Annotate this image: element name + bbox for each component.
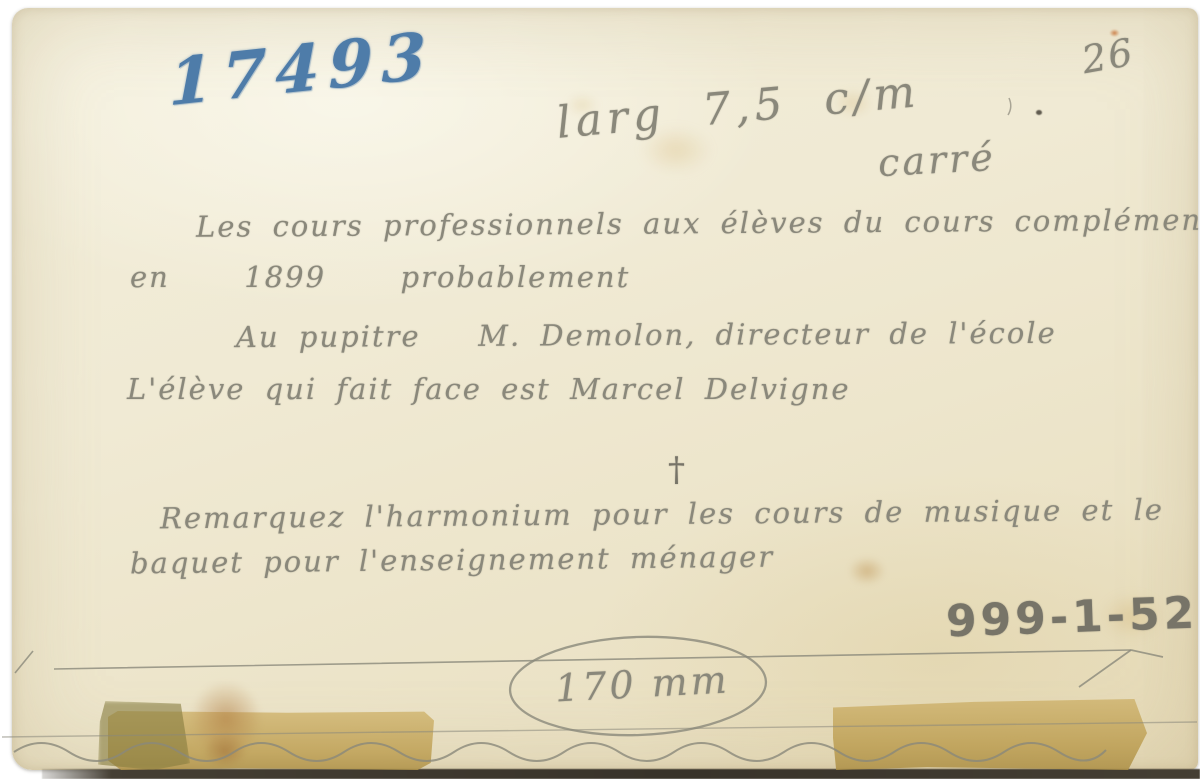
tape-remnant-right [833,699,1147,770]
caption-line-1: Les cours professionnels aux élèves du c… [196,202,1200,244]
small-ink-dot [1036,110,1042,115]
cross-mark: † [668,450,685,490]
format-note: carré [877,135,997,185]
caption-line-4: L'élève qui fait face est Marcel Delvign… [127,372,851,406]
caption-line-6: baquet pour l'enseignement ménager [130,540,774,581]
stain-bottom-left-2 [196,728,254,774]
page-number: 26 [1079,30,1138,82]
stain-middle-right [842,552,892,590]
caption-line-3: Au pupitre M. Demolon, directeur de l'éc… [236,316,1057,354]
reference-number: 999-1-52 [945,588,1199,648]
scan-background: 17493 26 larg 7,5 c/m carré Les cours pr… [0,0,1200,779]
measurement-label: 170 mm [554,657,731,710]
caption-line-2: en 1899 probablement [130,260,630,294]
tape-dark-stain [98,701,190,770]
